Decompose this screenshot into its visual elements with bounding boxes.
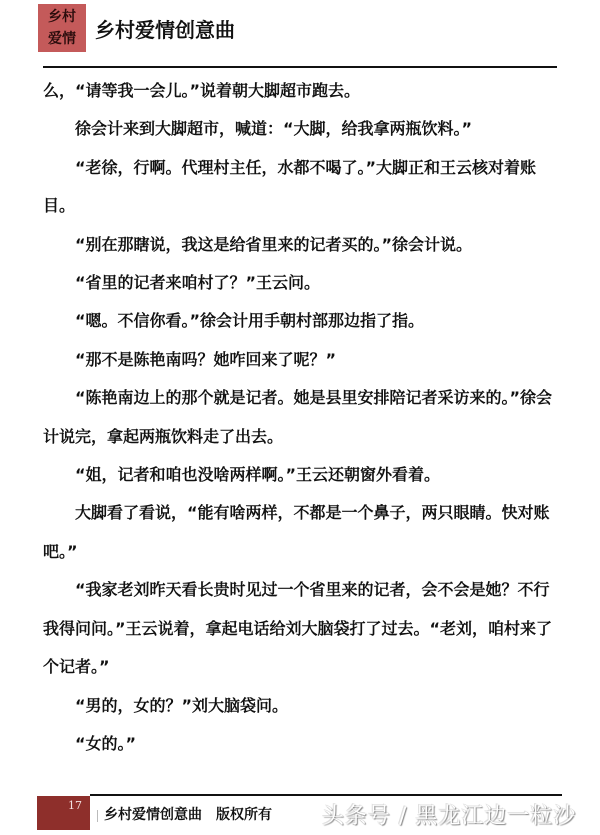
footer-divider	[90, 794, 562, 796]
header-divider	[43, 66, 557, 68]
badge-line-2: 爱情	[38, 28, 86, 50]
paragraph: 么，“请等我一会儿。”说着朝大脚超市跑去。	[43, 72, 563, 110]
page-number-block: 17	[37, 796, 90, 830]
paragraph: 大脚看了看说，“能有啥两样，不都是一个鼻子，两只眼睛。快对账吧。”	[43, 494, 563, 571]
paragraph: “陈艳南边上的那个就是记者。她是县里安排陪记者采访来的。”徐会计说完，拿起两瓶饮…	[43, 379, 563, 456]
paragraph: “女的。”	[43, 725, 563, 763]
paragraph: “我家老刘昨天看长贵时见过一个省里来的记者，会不会是她？不行我得问问。”王云说着…	[43, 571, 563, 686]
footer-copyright: 乡村爱情创意曲 版权所有	[104, 804, 272, 824]
paragraph: 徐会计来到大脚超市，喊道：“大脚，给我拿两瓶饮料。”	[43, 110, 563, 148]
body-text: 么，“请等我一会儿。”说着朝大脚超市跑去。 徐会计来到大脚超市，喊道：“大脚，给…	[43, 72, 563, 763]
watermark: 头条号 / 黑龙江边一粒沙	[322, 799, 576, 830]
paragraph: “男的，女的？”刘大脑袋问。	[43, 687, 563, 725]
paragraph: “省里的记者来咱村了？”王云问。	[43, 264, 563, 302]
header-badge: 乡村 爱情	[38, 4, 86, 52]
paragraph: “老徐，行啊。代理村主任，水都不喝了。”大脚正和王云核对着账目。	[43, 149, 563, 226]
paragraph: “那不是陈艳南吗？她咋回来了呢？”	[43, 341, 563, 379]
document-title: 乡村爱情创意曲	[95, 14, 235, 43]
footer-separator	[97, 810, 98, 822]
paragraph: “嗯。不信你看。”徐会计用手朝村部那边指了指。	[43, 302, 563, 340]
paragraph: “别在那瞎说，我这是给省里来的记者买的。”徐会计说。	[43, 226, 563, 264]
badge-line-1: 乡村	[38, 6, 86, 28]
paragraph: “姐，记者和咱也没啥两样啊。”王云还朝窗外看着。	[43, 456, 563, 494]
page-number: 17	[68, 799, 82, 812]
